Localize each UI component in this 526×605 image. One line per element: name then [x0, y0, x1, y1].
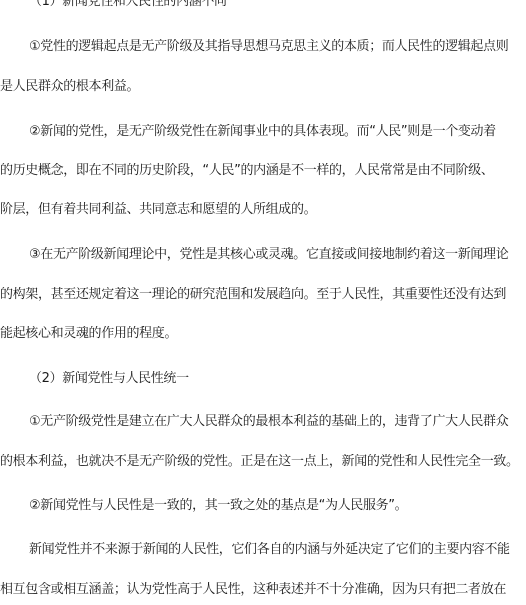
paragraph-line: ③在无产阶级新闻理论中，党性是其核心或灵魂。它直接或间接地制约着这一新闻理论 — [29, 247, 526, 263]
paragraph-line: ①党性的逻辑起点是无产阶级及其指导思想马克思主义的本质；而人民性的逻辑起点则 — [29, 39, 526, 55]
paragraph-line: 能起核心和灵魂的作用的程度。 — [0, 326, 526, 342]
paragraph-line: 相互包含或相互涵盖；认为党性高于人民性，这种表述并不十分准确，因为只有把二者放在 — [0, 582, 526, 598]
paragraph-line: 新闻党性并不来源于新闻的人民性，它们各自的内涵与外延决定了它们的主要内容不能 — [29, 542, 526, 558]
section-heading-1: （1）新闻党性和人民性的内涵不同 — [29, 0, 526, 10]
paragraph-line: 是人民群众的根本利益。 — [0, 79, 526, 95]
paragraph-line: ②新闻的党性，是无产阶级党性在新闻事业中的具体表现。而“人民”则是一个变动着 — [29, 124, 526, 140]
paragraph-line: 的构架，甚至还规定着这一理论的研究范围和发展趋向。至于人民性，其重要性还没有达到 — [0, 287, 526, 303]
section-heading-2: （2）新闻党性与人民性统一 — [29, 371, 526, 387]
paragraph-line: 的历史概念，即在不同的历史阶段，“人民”的内涵是不一样的，人民常常是由不同阶级、 — [0, 163, 526, 179]
paragraph-line: 阶层，但有着共同利益、共同意志和愿望的人所组成的。 — [0, 202, 526, 218]
paragraph-line: 的根本利益，也就决不是无产阶级的党性。正是在这一点上，新闻的党性和人民性完全一致… — [0, 454, 526, 470]
paragraph-line: ①无产阶级党性是建立在广大人民群众的最根本利益的基础上的，违背了广大人民群众 — [29, 414, 526, 430]
paragraph-line: ②新闻党性与人民性是一致的，其一致之处的基点是“为人民服务”。 — [29, 498, 526, 514]
